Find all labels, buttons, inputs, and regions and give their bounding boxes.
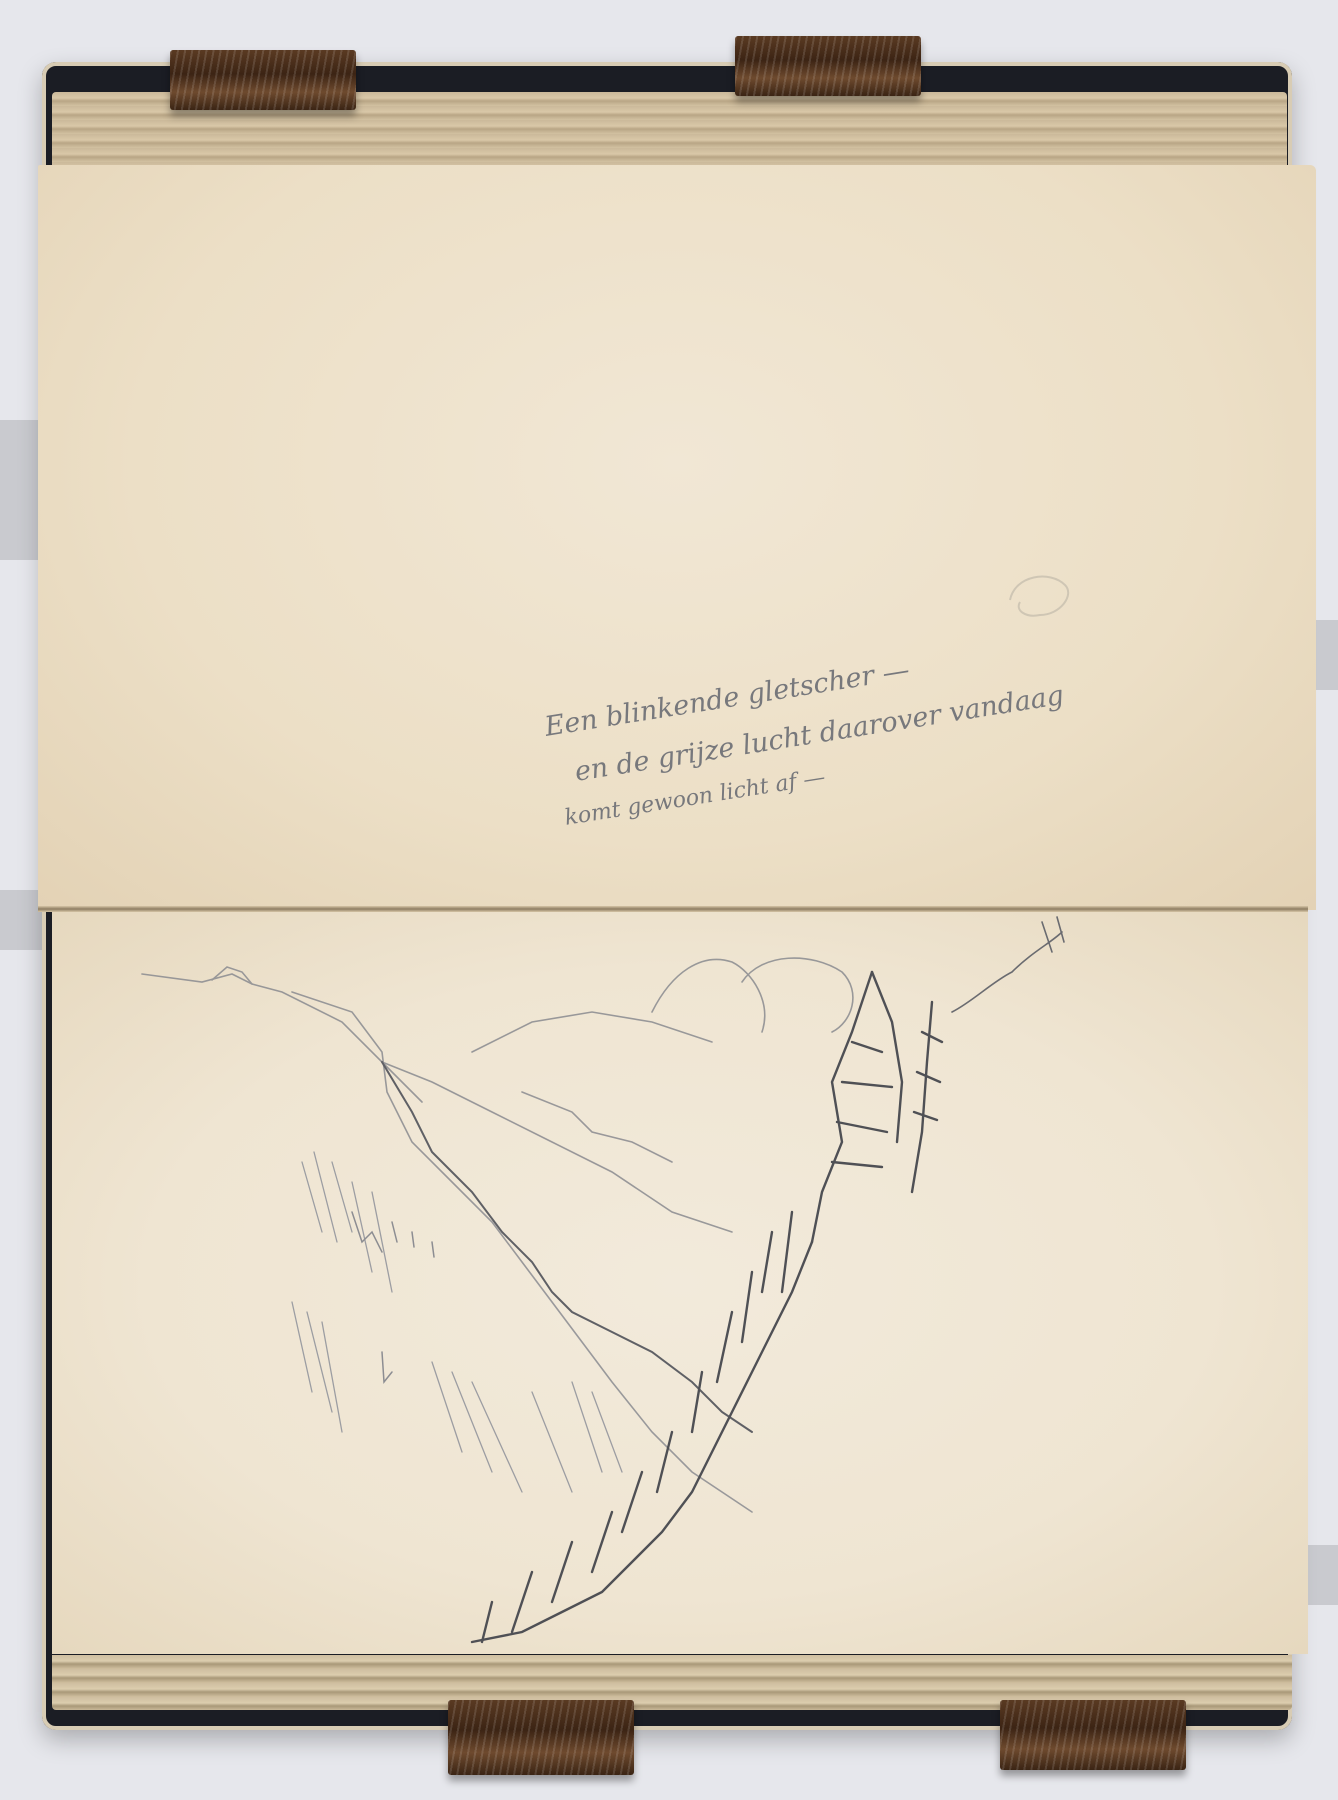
landscape-sketch: [52, 912, 1308, 1654]
leather-strap-top-right: [735, 36, 921, 96]
cliff-hatching: [292, 1152, 622, 1492]
ghost-sketch-mark: [990, 560, 1100, 630]
dark-peak-and-trees: [472, 972, 942, 1642]
leather-strap-top-left: [170, 50, 356, 110]
tree-line-right: [952, 917, 1064, 1012]
leather-strap-bottom-left: [448, 1700, 634, 1775]
leather-strap-bottom-right: [1000, 1700, 1186, 1770]
handwritten-note: Een blinkende gletscher — en de grijze l…: [525, 680, 1265, 840]
